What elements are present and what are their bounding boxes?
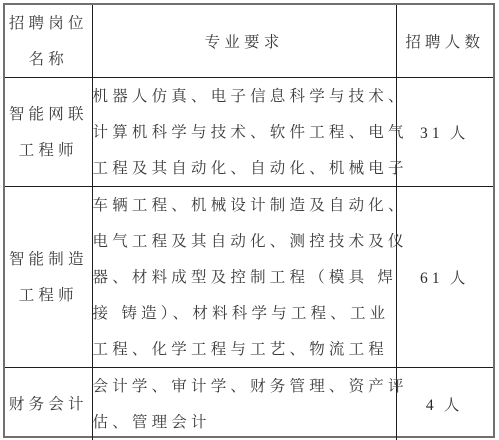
requirements-line: 器、材料成型及控制工程（模具 焊 (93, 259, 396, 295)
count-cell: 61人 (396, 187, 493, 368)
position-name-cell: 财务会计 (5, 368, 92, 440)
position-name-line: 财务会计 (5, 386, 92, 422)
position-name-cell: 智能制造 工程师 (5, 187, 92, 368)
header-count: 招聘人数 (396, 5, 493, 78)
position-name-line: 工程师 (5, 277, 92, 313)
position-name-line: 智能网联 (5, 96, 92, 132)
requirements-line: 电气工程及其自动化、测控技术及仪 (93, 223, 396, 259)
requirements-cell: 车辆工程、机械设计制造及自动化、 电气工程及其自动化、测控技术及仪 器、材料成型… (92, 187, 396, 368)
count-cell: 4人 (396, 368, 493, 440)
count-unit: 人 (450, 269, 470, 287)
header-position-line-1: 招聘岗位 (5, 5, 92, 41)
requirements-cell: 会计学、审计学、财务管理、资产评 估、管理会计 (92, 368, 396, 440)
requirements-line: 估、管理会计 (93, 404, 396, 440)
recruitment-table: 招聘岗位 名称 专业要求 招聘人数 智能网联 工程师 机器人仿真、电子信息科学与… (5, 5, 493, 440)
count-unit: 人 (444, 396, 464, 414)
requirements-cell: 机器人仿真、电子信息科学与技术、 计算机科学与技术、软件工程、电气 工程及其自动… (92, 78, 396, 187)
recruitment-table-frame: 招聘岗位 名称 专业要求 招聘人数 智能网联 工程师 机器人仿真、电子信息科学与… (3, 3, 495, 438)
count-unit: 人 (450, 124, 470, 142)
table-row: 智能网联 工程师 机器人仿真、电子信息科学与技术、 计算机科学与技术、软件工程、… (5, 78, 493, 187)
position-name-line: 智能制造 (5, 241, 92, 277)
count-number: 31 (420, 125, 444, 142)
requirements-line: 工程及其自动化、自动化、机械电子 (93, 150, 396, 186)
position-name-line: 工程师 (5, 132, 92, 168)
count-cell: 31人 (396, 78, 493, 187)
position-name-cell: 智能网联 工程师 (5, 78, 92, 187)
table-row: 智能制造 工程师 车辆工程、机械设计制造及自动化、 电气工程及其自动化、测控技术… (5, 187, 493, 368)
count-number: 4 (426, 397, 438, 414)
requirements-line: 车辆工程、机械设计制造及自动化、 (93, 187, 396, 223)
header-requirements: 专业要求 (92, 5, 396, 78)
count-number: 61 (420, 270, 444, 287)
requirements-line: 会计学、审计学、财务管理、资产评 (93, 368, 396, 404)
requirements-line: 机器人仿真、电子信息科学与技术、 (93, 78, 396, 114)
header-position-name: 招聘岗位 名称 (5, 5, 92, 78)
requirements-line: 计算机科学与技术、软件工程、电气 (93, 114, 396, 150)
table-row: 财务会计 会计学、审计学、财务管理、资产评 估、管理会计 4人 (5, 368, 493, 440)
requirements-line: 接 铸造）、材料科学与工程、工业 (93, 295, 396, 331)
requirements-line: 工程、化学工程与工艺、物流工程 (93, 331, 396, 367)
table-header-row: 招聘岗位 名称 专业要求 招聘人数 (5, 5, 493, 78)
header-position-line-2: 名称 (5, 41, 92, 77)
